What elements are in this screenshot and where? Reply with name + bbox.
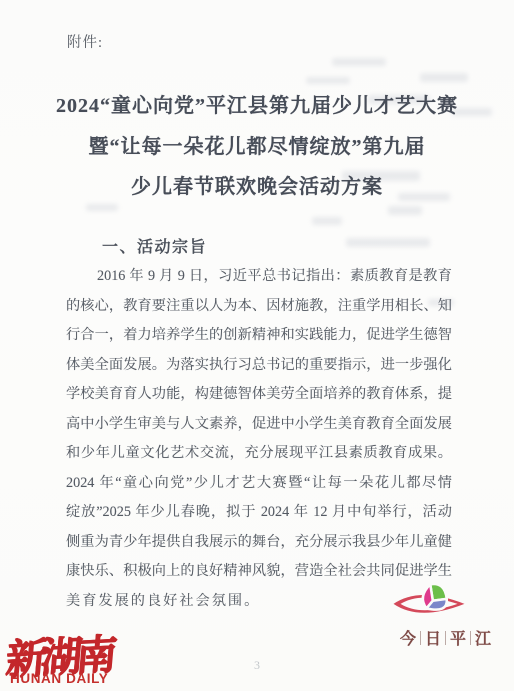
body-paragraph: 2016 年 9 月 9 日，习近平总书记指出：素质教育是教育 的核心，教育要注…	[66, 262, 452, 616]
bleedthrough-mark	[312, 217, 342, 225]
page-number: 3	[0, 658, 514, 673]
body-line: 高中小学生审美与人文素养，促进中小学生美育教育全面发展	[66, 410, 452, 440]
pingjiang-logo-text: 今 日 平 江	[396, 626, 495, 649]
body-line: 侧重为青少年提供自我展示的舞台，充分展示我县少年儿童健	[66, 528, 452, 558]
bleedthrough-mark	[346, 238, 430, 247]
body-line: 和少年儿童文化艺术交流，充分展现平江县素质教育成果。	[66, 439, 452, 469]
document-title: 2024“童心向党”平江县第九届少儿才艺大赛 暨“让每一朵花儿都尽情绽放”第九届…	[38, 86, 476, 208]
document-title-line-3: 少儿春节联欢晚会活动方案	[38, 167, 476, 208]
document-title-line-1: 2024“童心向党”平江县第九届少儿才艺大赛	[38, 86, 476, 127]
body-line: 行合一，着力培养学生的创新精神和实践能力，促进学生德智	[66, 321, 452, 351]
document-title-line-2: 暨“让每一朵花儿都尽情绽放”第九届	[38, 127, 476, 168]
body-line: 绽放”2025 年少儿春晚，拟于 2024 年 12 月中旬举行，活动	[66, 498, 452, 528]
pingjiang-char: 江	[471, 626, 495, 649]
attachment-label: 附件:	[67, 31, 103, 52]
bleedthrough-mark	[306, 77, 350, 84]
body-line: 学校美育育人功能，构建德智体美劳全面培养的教育体系，提	[66, 380, 452, 410]
pingjiang-eye-icon	[391, 579, 467, 625]
body-line: 的核心，教育要注重以人为本、因材施教，注重学用相长、知	[66, 292, 452, 322]
bleedthrough-mark	[332, 58, 386, 66]
hunan-daily-logo-en: HUNAN DAILY	[10, 671, 108, 686]
pingjiang-char: 平	[446, 626, 470, 649]
scanned-document-page: 附件: 2024“童心向党”平江县第九届少儿才艺大赛 暨“让每一朵花儿都尽情绽放…	[0, 0, 514, 691]
body-line: 2016 年 9 月 9 日，习近平总书记指出：素质教育是教育	[66, 262, 452, 292]
section-heading: 一、活动宗旨	[102, 234, 207, 257]
body-line: 2024 年“童心向党”少儿才艺大赛暨“让每一朵花儿都尽情	[66, 469, 452, 499]
pingjiang-char: 日	[421, 626, 445, 649]
pingjiang-char: 今	[396, 626, 420, 649]
body-line: 体美全面发展。为落实执行习总书记的重要指示，进一步强化	[66, 351, 452, 381]
bleedthrough-mark	[420, 73, 468, 82]
